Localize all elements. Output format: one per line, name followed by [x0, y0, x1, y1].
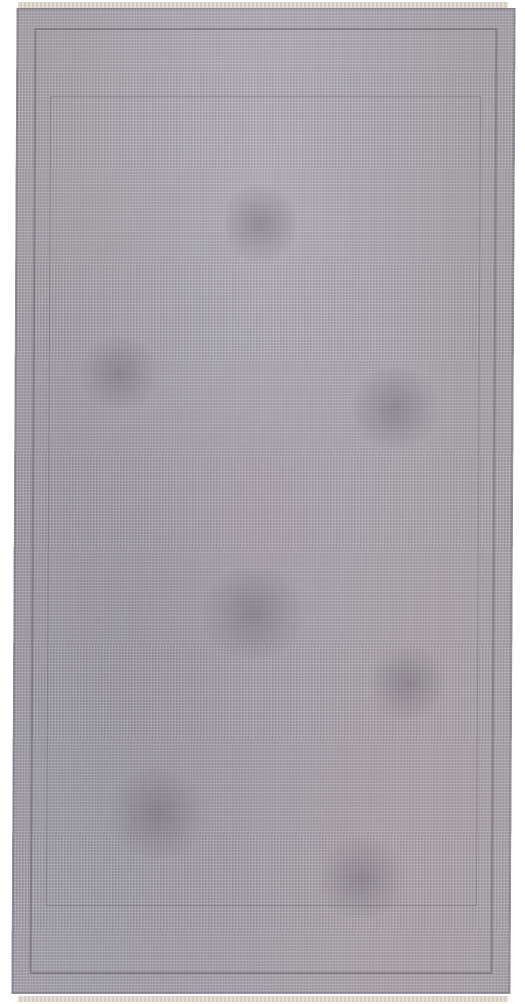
rug: [11, 8, 515, 994]
rug-motif: [102, 768, 212, 858]
rug-motif: [193, 568, 313, 658]
rug-motif: [225, 178, 295, 268]
rug-motif: [363, 648, 453, 718]
rug-fringe-bottom: [18, 996, 508, 1002]
rug-motif: [312, 838, 412, 918]
rug-motif: [344, 368, 444, 448]
rug-motif: [74, 338, 164, 408]
